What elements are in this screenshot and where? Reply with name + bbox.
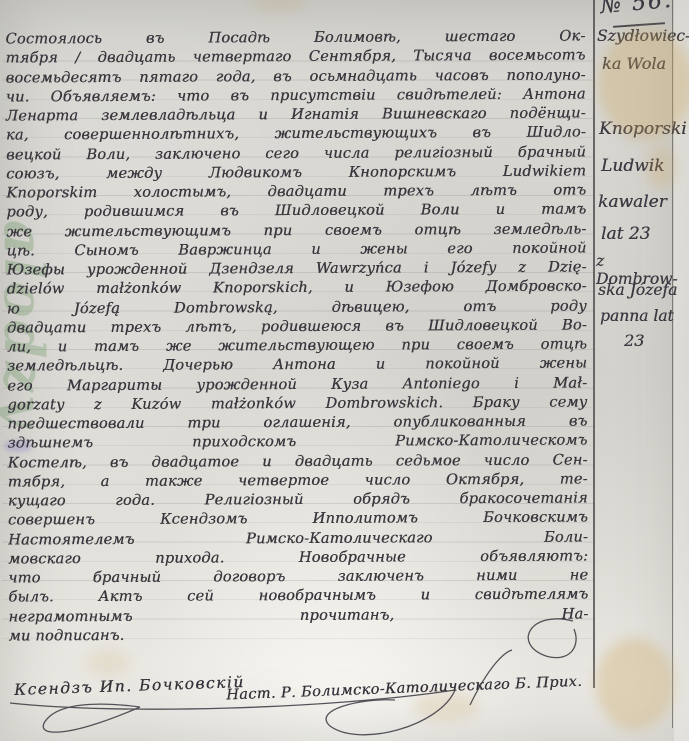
- margin-bride-firstname: ska Józefa: [598, 281, 677, 299]
- handwritten-line: роду, родившимся въ Шидловецкой Воли и т…: [6, 200, 586, 222]
- handwritten-line: земледѣльцѣ. Дочерью Антона и покойной ж…: [7, 354, 587, 376]
- priest-title-signature: Наст. Р. Болимско-Католическаго Б. Прих.: [226, 671, 666, 704]
- margin-place-line: ka Wola: [602, 54, 666, 73]
- handwritten-line: здѣшнемъ приходскомъ Римско-Католическом…: [8, 431, 588, 453]
- margin-groom-firstname: Ludwik: [601, 156, 664, 176]
- margin-bride-age: 23: [624, 331, 644, 350]
- handwritten-line: тября / двадцать четвертаго Сентября, Ты…: [5, 46, 585, 68]
- page-edge-strip: [674, 0, 689, 741]
- handwritten-line: совершенъ Ксендзомъ Ипполитомъ Бочковски…: [8, 508, 588, 530]
- handwritten-line: ка, совершеннолѣтнихъ, жительствующихъ в…: [6, 123, 586, 145]
- handwritten-line: былъ. Актъ сей новобрачнымъ и свидѣтелям…: [8, 585, 588, 607]
- margin-divider-line: [593, 0, 595, 688]
- paper-stain: [252, 0, 306, 12]
- act-number: № 56.: [599, 0, 674, 19]
- document-scan-page: alodzy Состоялось въ Посадѣ Болимовѣ, ше…: [0, 0, 689, 741]
- margin-bride-status: panna lat: [600, 307, 674, 325]
- handwritten-line: dzielów małżonków Knoporskich, и Юзефою …: [7, 277, 587, 299]
- margin-groom-surname: Knoporski: [599, 119, 687, 139]
- paper-stain: [86, 650, 130, 676]
- handwritten-line: неграмотнымъ прочитанъ, На-: [8, 604, 588, 626]
- margin-groom-status: kawaler: [598, 192, 667, 212]
- margin-place-line: Szydłowiec-: [597, 27, 689, 45]
- handwritten-line: ми подписанъ.: [9, 623, 589, 645]
- record-body: Состоялось въ Посадѣ Болимовѣ, шестаго О…: [5, 26, 588, 645]
- priest-signature: Ксендзъ Ип. Бочковскій: [14, 673, 245, 699]
- paper-stain: [414, 692, 478, 722]
- margin-groom-age: lat 23: [601, 224, 650, 244]
